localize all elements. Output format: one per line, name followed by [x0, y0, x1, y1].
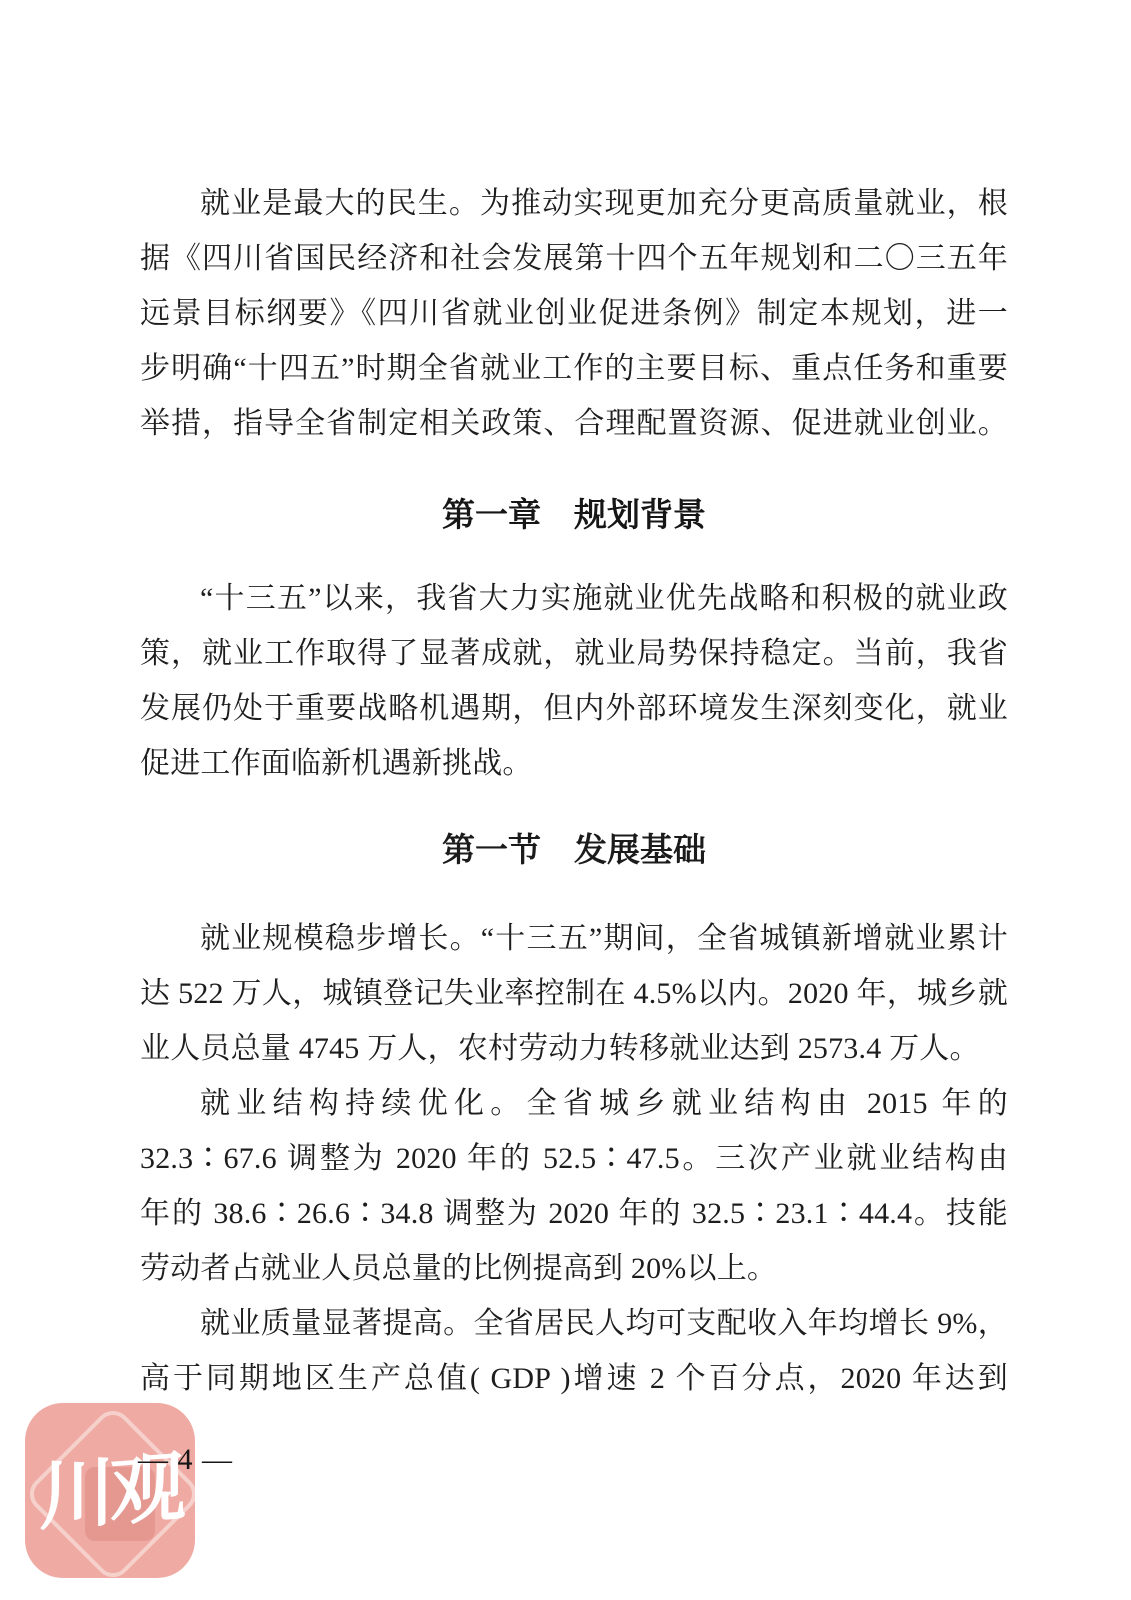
watermark-logo: 川观 — [25, 1403, 195, 1578]
body-line: 业人员总量 4745 万人，农村劳动力转移就业达到 2573.4 万人。 — [140, 1021, 1008, 1076]
paragraph-employment-quality: 就业质量显著提高。全省居民人均可支配收入年均增长 9%， 高于同期地区生产总值(… — [140, 1296, 1008, 1406]
content-area: 就业是最大的民生。为推动实现更加充分更高质量就业，根 据《四川省国民经济和社会发… — [140, 176, 1008, 1406]
chapter-heading: 第一章 规划背景 — [140, 487, 1008, 542]
body-line: 步明确“十四五”时期全省就业工作的主要目标、重点任务和重要 — [140, 341, 1008, 396]
paragraph-employment-structure: 就业结构持续优化。全省城乡就业结构由 2015 年的 32.3∶67.6 调整为… — [140, 1076, 1008, 1296]
body-line: 促进工作面临新机遇新挑战。 — [140, 736, 1008, 791]
body-line: 就业质量显著提高。全省居民人均可支配收入年均增长 9%， — [140, 1296, 1008, 1351]
body-line: 就业结构持续优化。全省城乡就业结构由 2015 年的 — [140, 1076, 1008, 1131]
body-line: 远景目标纲要》《四川省就业创业促进条例》制定本规划，进一 — [140, 286, 1008, 341]
page-number: — 4 — — [138, 1444, 233, 1476]
body-line: 高于同期地区生产总值( GDP )增速 2 个百分点，2020 年达到 2652… — [140, 1351, 1008, 1406]
body-line: 就业是最大的民生。为推动实现更加充分更高质量就业，根 — [140, 176, 1008, 231]
body-line: 举措，指导全省制定相关政策、合理配置资源、促进就业创业。 — [140, 396, 1008, 451]
body-line: 据《四川省国民经济和社会发展第十四个五年规划和二〇三五年 — [140, 231, 1008, 286]
paragraph-employment-scale: 就业规模稳步增长。“十三五”期间，全省城镇新增就业累计 达 522 万人，城镇登… — [140, 911, 1008, 1076]
body-line: 策，就业工作取得了显著成就，就业局势保持稳定。当前，我省 — [140, 626, 1008, 681]
body-line: 达 522 万人，城镇登记失业率控制在 4.5%以内。2020 年，城乡就 — [140, 966, 1008, 1021]
section-heading: 第一节 发展基础 — [140, 824, 1008, 879]
body-line: 发展仍处于重要战略机遇期，但内外部环境发生深刻变化，就业 — [140, 681, 1008, 736]
body-line: 劳动者占就业人员总量的比例提高到 20%以上。 — [140, 1241, 1008, 1296]
body-line: 32.3∶67.6 调整为 2020 年的 52.5∶47.5。三次产业就业结构… — [140, 1131, 1008, 1186]
paragraph-intro: 就业是最大的民生。为推动实现更加充分更高质量就业，根 据《四川省国民经济和社会发… — [140, 176, 1008, 451]
body-line: 年的 38.6∶26.6∶34.8 调整为 2020 年的 32.5∶23.1∶… — [140, 1186, 1008, 1241]
body-line: 就业规模稳步增长。“十三五”期间，全省城镇新增就业累计 — [140, 911, 1008, 966]
body-line: “十三五”以来，我省大力实施就业优先战略和积极的就业政 — [140, 571, 1008, 626]
paragraph-chapter-intro: “十三五”以来，我省大力实施就业优先战略和积极的就业政 策，就业工作取得了显著成… — [140, 571, 1008, 791]
